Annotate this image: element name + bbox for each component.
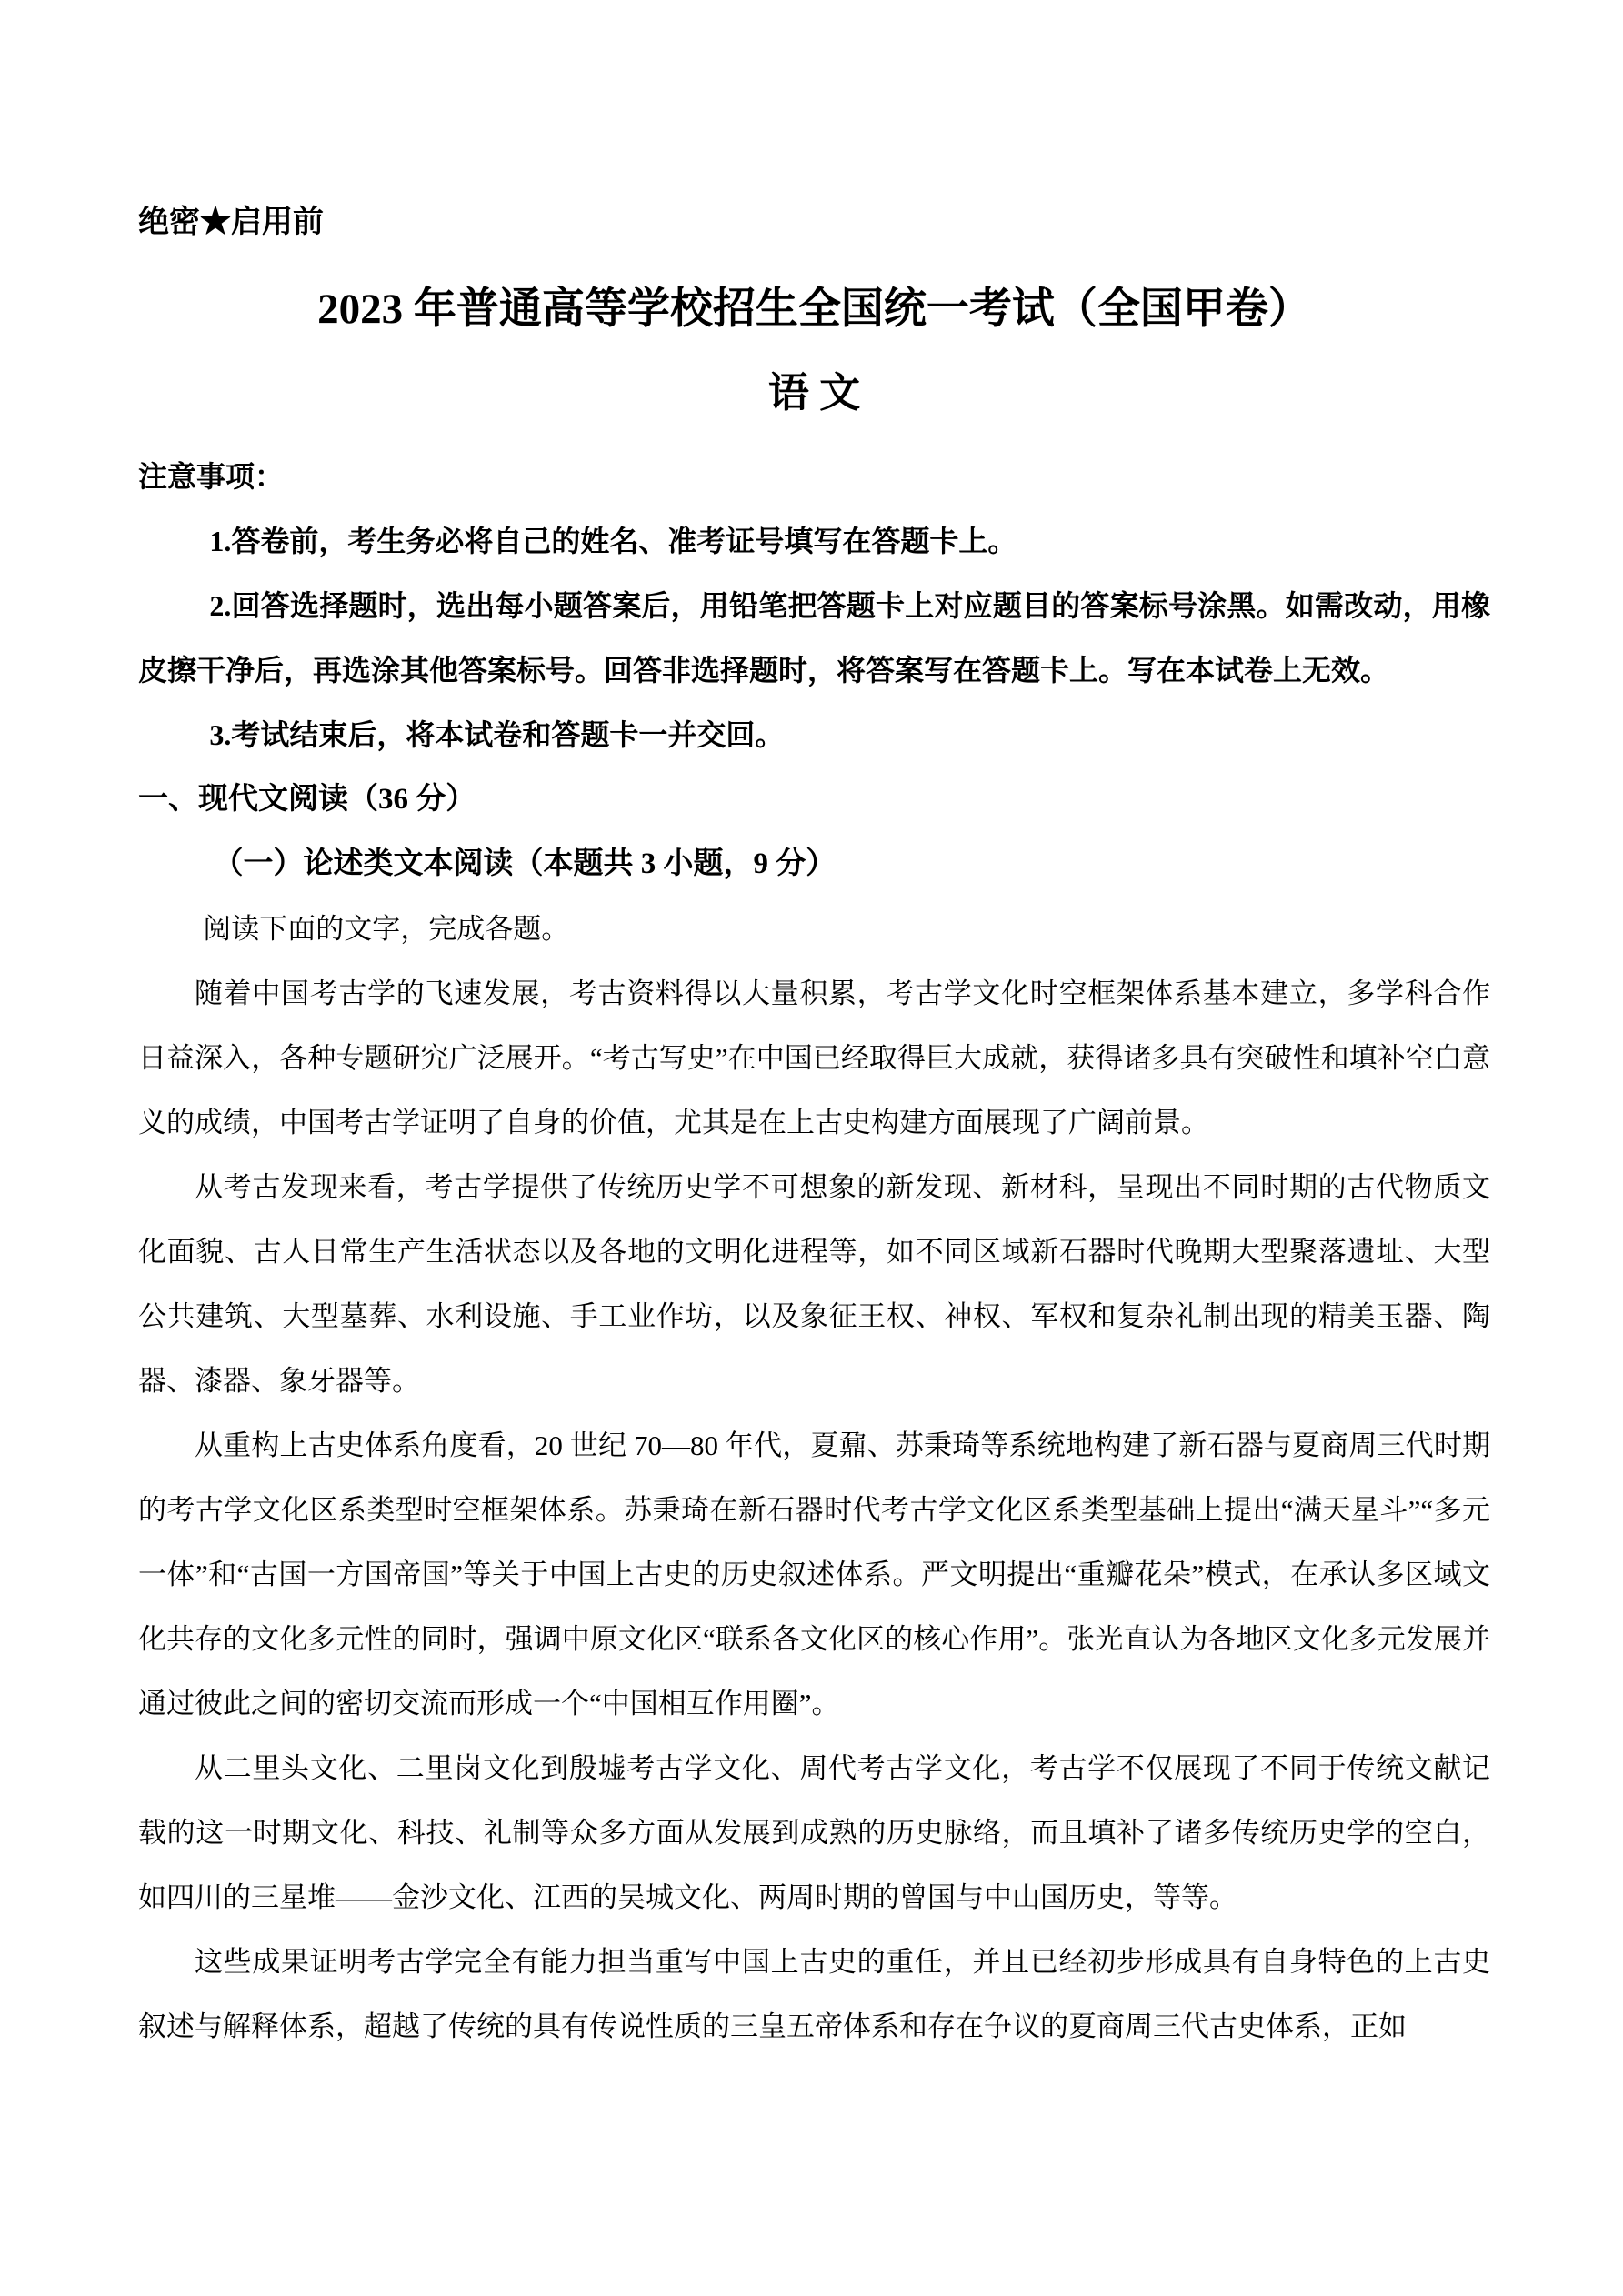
notice-item-2: 2.回答选择题时，选出每小题答案后，用铅笔把答题卡上对应题目的答案标号涂黑。如需… <box>138 574 1490 703</box>
subject-title: 语 文 <box>138 370 1490 417</box>
section-heading-modern-reading: 一、现代文阅读（36 分） <box>138 767 1490 832</box>
passage-paragraph: 从考古发现来看，考古学提供了传统历史学不可想象的新发现、新材科，呈现出不同时期的… <box>138 1155 1490 1413</box>
passage-paragraph: 从重构上古史体系角度看，20 世纪 70—80 年代，夏鼐、苏秉琦等系统地构建了… <box>138 1413 1490 1736</box>
reading-instruction: 阅读下面的文字，完成各题。 <box>138 897 1490 961</box>
notice-heading: 注意事项： <box>138 445 1490 509</box>
exam-content: 注意事项： 1.答卷前，考生务必将自己的姓名、准考证号填写在答题卡上。 2.回答… <box>138 445 1490 2059</box>
exam-title: 2023 年普通高等学校招生全国统一考试（全国甲卷） <box>138 285 1490 334</box>
subsection-heading-argumentative-reading: （一）论述类文本阅读（本题共 3 小题，9 分） <box>138 832 1490 897</box>
classification-label: 绝密★启用前 <box>138 206 1490 239</box>
passage-paragraph: 从二里头文化、二里岗文化到殷墟考古学文化、周代考古学文化，考古学不仅展现了不同于… <box>138 1736 1490 1930</box>
passage-paragraph: 随着中国考古学的飞速发展，考古资料得以大量积累，考古学文化时空框架体系基本建立，… <box>138 961 1490 1155</box>
notice-item-1: 1.答卷前，考生务必将自己的姓名、准考证号填写在答题卡上。 <box>138 509 1490 574</box>
notice-item-3: 3.考试结束后，将本试卷和答题卡一并交回。 <box>138 703 1490 767</box>
exam-paper-page: 绝密★启用前 2023 年普通高等学校招生全国统一考试（全国甲卷） 语 文 注意… <box>0 0 1623 2296</box>
passage-paragraph: 这些成果证明考古学完全有能力担当重写中国上古史的重任，并且已经初步形成具有自身特… <box>138 1930 1490 2059</box>
